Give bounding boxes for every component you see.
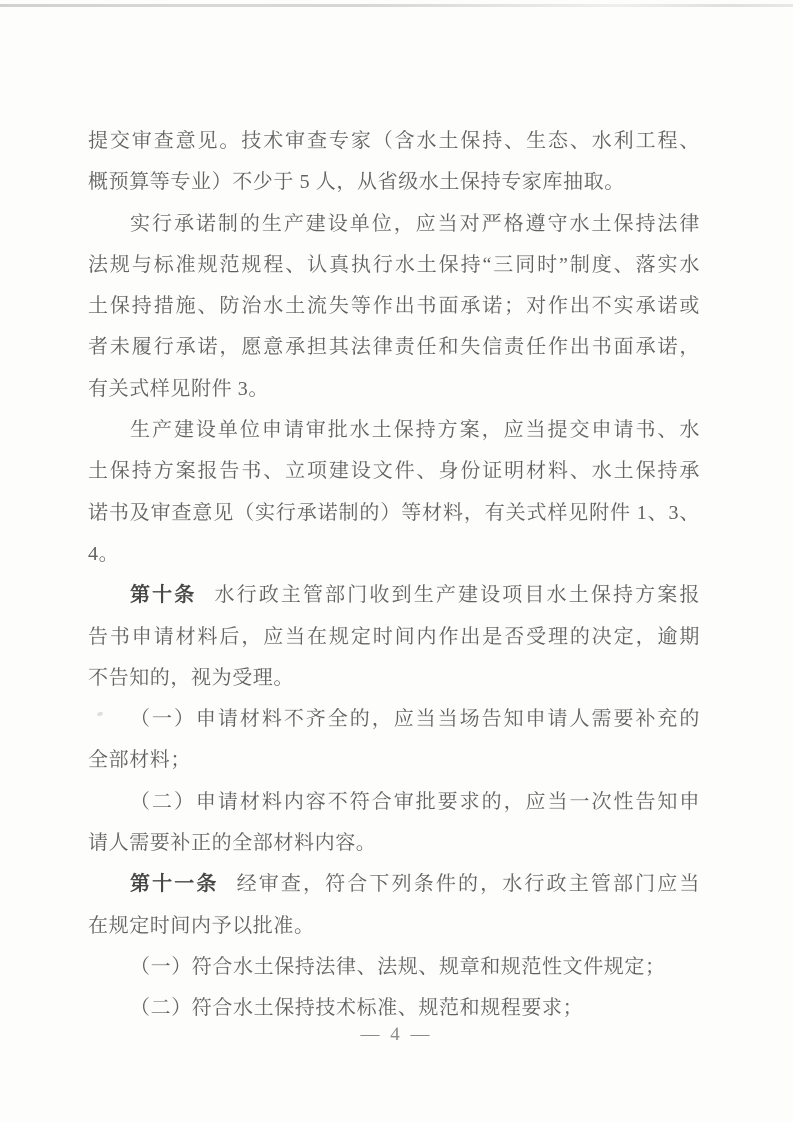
document-body: 提交审查意见。技术审查专家（含水土保持、生态、水利工程、概预算等专业）不少于 5… [88, 121, 700, 1030]
document-page: 提交审查意见。技术审查专家（含水土保持、生态、水利工程、概预算等专业）不少于 5… [0, 0, 793, 1122]
text-line: 全部材料； [88, 740, 700, 781]
text-line: 概预算等专业）不少于 5 人，从省级水土保持专家库抽取。 [88, 162, 700, 203]
text-line: 第十一条经审查，符合下列条件的，水行政主管部门应当 [88, 864, 700, 905]
text-line: 法规与标准规范规程、认真执行水土保持“三同时”制度、落实水 [88, 245, 700, 286]
line-text: （二）符合水土保持技术标准、规范和规程要求； [130, 997, 583, 1019]
text-line: 土保持措施、防治水土流失等作出书面承诺；对作出不实承诺或 [88, 286, 700, 327]
line-text: 请人需要补正的全部材料内容。 [88, 832, 376, 854]
line-text: 在规定时间内予以批准。 [88, 915, 315, 937]
line-text: 土保持方案报告书、立项建设文件、身份证明材料、水土保持承 [88, 460, 700, 482]
text-line: （二）申请材料内容不符合审批要求的，应当一次性告知申 [88, 782, 700, 823]
line-text: 土保持措施、防治水土流失等作出书面承诺；对作出不实承诺或 [88, 295, 700, 317]
article-number: 第十一条 [130, 873, 219, 895]
text-line: 提交审查意见。技术审查专家（含水土保持、生态、水利工程、 [88, 121, 700, 162]
text-line: 4。 [88, 534, 700, 575]
text-line: 实行承诺制的生产建设单位，应当对严格遵守水土保持法律 [88, 204, 700, 245]
text-line: 诺书及审查意见（实行承诺制的）等材料，有关式样见附件 1、3、 [88, 493, 700, 534]
text-line: 生产建设单位申请审批水土保持方案，应当提交申请书、水 [88, 410, 700, 451]
text-line: 请人需要补正的全部材料内容。 [88, 823, 700, 864]
scan-artifact-line [0, 4, 793, 7]
line-text: 实行承诺制的生产建设单位，应当对严格遵守水土保持法律 [130, 213, 700, 235]
text-line: 有关式样见附件 3。 [88, 369, 700, 410]
text-line: 在规定时间内予以批准。 [88, 906, 700, 947]
article-number: 第十条 [130, 584, 196, 606]
text-line: 者未履行承诺，愿意承担其法律责任和失信责任作出书面承诺， [88, 327, 700, 368]
line-text: 法规与标准规范规程、认真执行水土保持“三同时”制度、落实水 [88, 254, 700, 276]
text-line: 土保持方案报告书、立项建设文件、身份证明材料、水土保持承 [88, 451, 700, 492]
text-line: 第十条水行政主管部门收到生产建设项目水土保持方案报 [88, 575, 700, 616]
text-line: 不告知的，视为受理。 [88, 658, 700, 699]
page-number: — 4 — [0, 1024, 793, 1046]
text-line: 告书申请材料后，应当在规定时间内作出是否受理的决定，逾期 [88, 617, 700, 658]
text-line: （一）符合水土保持法律、法规、规章和规范性文件规定； [88, 947, 700, 988]
line-text: 诺书及审查意见（实行承诺制的）等材料，有关式样见附件 1、3、 [88, 502, 700, 524]
line-text: 4。 [88, 543, 119, 565]
line-text: 告书申请材料后，应当在规定时间内作出是否受理的决定，逾期 [88, 626, 700, 648]
line-text: 有关式样见附件 3。 [88, 378, 269, 400]
line-text: 不告知的，视为受理。 [88, 667, 294, 689]
line-text: （一）申请材料不齐全的，应当当场告知申请人需要补充的 [130, 708, 700, 730]
line-text: 提交审查意见。技术审查专家（含水土保持、生态、水利工程、 [88, 130, 700, 152]
line-text: 概预算等专业）不少于 5 人，从省级水土保持专家库抽取。 [88, 171, 625, 193]
line-text: 生产建设单位申请审批水土保持方案，应当提交申请书、水 [130, 419, 700, 441]
line-text: （一）符合水土保持法律、法规、规章和规范性文件规定； [130, 956, 666, 978]
line-text: 者未履行承诺，愿意承担其法律责任和失信责任作出书面承诺， [88, 336, 700, 358]
line-text: 经审查，符合下列条件的，水行政主管部门应当 [237, 873, 700, 895]
line-text: （二）申请材料内容不符合审批要求的，应当一次性告知申 [130, 791, 700, 813]
line-text: 全部材料； [88, 749, 191, 771]
text-line: （一）申请材料不齐全的，应当当场告知申请人需要补充的 [88, 699, 700, 740]
line-text: 水行政主管部门收到生产建设项目水土保持方案报 [214, 584, 700, 606]
